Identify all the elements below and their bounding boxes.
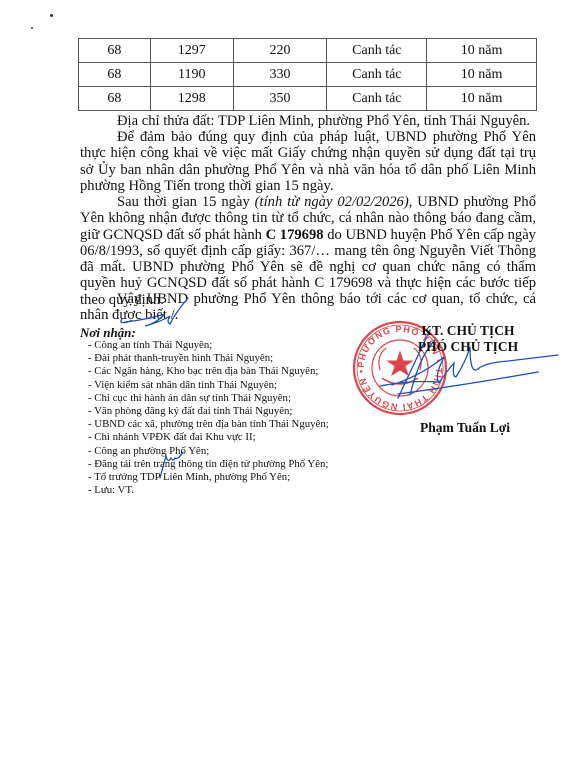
signature-title: KT. CHỦ TỊCH PHÓ CHỦ TỊCH [403, 323, 533, 355]
recipient-item: - Công an phường Phổ Yên; [88, 445, 329, 458]
scan-speck [31, 27, 33, 29]
parcel-address: Địa chỉ thửa đất: TDP Liên Minh, phường … [80, 113, 536, 129]
table-cell: 350 [233, 87, 327, 111]
recipient-item: - Lưu: VT. [88, 484, 329, 497]
recipient-item: - Văn phòng đăng ký đất đai tỉnh Thái Ng… [88, 405, 329, 418]
table-cell: Canh tác [327, 87, 427, 111]
recipient-item: - Công an tỉnh Thái Nguyên; [88, 339, 329, 352]
recipient-item: - Chi cục thi hành án dân sự tỉnh Thái N… [88, 392, 329, 405]
signature-title-line2: PHÓ CHỦ TỊCH [403, 339, 533, 355]
publication-paragraph: Để đảm bảo đúng quy định của pháp luật, … [80, 129, 536, 194]
table-cell: 10 năm [427, 39, 537, 63]
notice-date-italic: (tính từ ngày 02/02/2026) [255, 194, 409, 210]
table-cell: 68 [79, 63, 151, 87]
recipients-list: - Công an tỉnh Thái Nguyên;- Đài phát th… [88, 339, 329, 497]
recipient-item: - Viện kiểm sát nhân dân tỉnh Thái Nguyê… [88, 379, 329, 392]
recipient-item: - Đăng tải trên trang thông tin điện tử … [88, 458, 329, 471]
scan-speck [50, 14, 53, 17]
table-cell: 68 [79, 39, 151, 63]
table-cell: 10 năm [427, 63, 537, 87]
table-row: 681190330Canh tác10 năm [79, 63, 537, 87]
recipient-item: - Các Ngân hàng, Kho bạc trên địa bàn Th… [88, 365, 329, 378]
recipient-item: - UBND các xã, phường trên địa bàn tỉnh … [88, 418, 329, 431]
table-cell: 68 [79, 87, 151, 111]
certificate-number: C 179698 [266, 227, 324, 243]
closing-paragraph: Vậy UBND phường Phổ Yên thông báo tới cá… [80, 291, 536, 324]
table-cell: Canh tác [327, 39, 427, 63]
table-cell: 10 năm [427, 87, 537, 111]
notice-text: Sau thời gian 15 ngày [117, 194, 255, 210]
table-row: 681298350Canh tác10 năm [79, 87, 537, 111]
table-cell: 1190 [150, 63, 233, 87]
table-cell: 220 [233, 39, 327, 63]
land-parcel-table: 681297220Canh tác10 năm681190330Canh tác… [78, 38, 537, 111]
recipient-item: - Tổ trưởng TDP Liên Minh, phường Phổ Yê… [88, 471, 329, 484]
recipient-item: - Đài phát thanh-truyền hình Thái Nguyên… [88, 352, 329, 365]
signer-name: Phạm Tuấn Lợi [400, 420, 530, 436]
signature-title-line1: KT. CHỦ TỊCH [403, 323, 533, 339]
table-cell: Canh tác [327, 63, 427, 87]
table-cell: 1297 [150, 39, 233, 63]
table-row: 681297220Canh tác10 năm [79, 39, 537, 63]
recipient-item: - Chi nhánh VPĐK đất đai Khu vực II; [88, 431, 329, 444]
table-cell: 330 [233, 63, 327, 87]
table-cell: 1298 [150, 87, 233, 111]
